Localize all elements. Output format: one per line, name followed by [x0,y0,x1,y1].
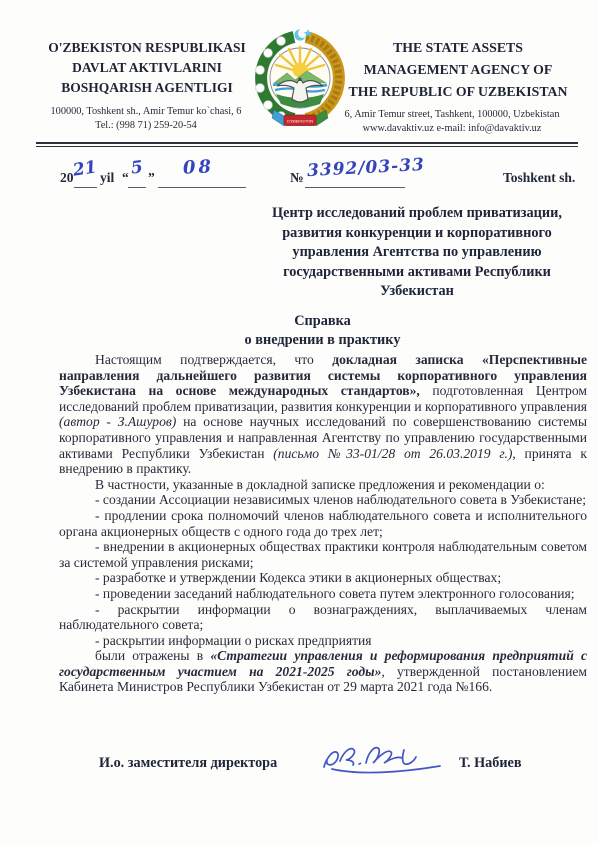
body-paragraph: - раскрытии информации о рисках предприя… [59,633,587,649]
signature-autograph [318,733,458,785]
address-uzbek: 100000, Toshkent sh., Amir Temur ko`chas… [30,105,262,133]
text-run: - разработке и утверждении Кодекса этики… [95,570,501,585]
text-run: - создании Ассоциации независимых членов… [95,492,586,507]
number-label: № [290,170,304,186]
letterhead-line: O'ZBEKISTON RESPUBLIKASI [38,38,256,58]
text-run: Настоящим подтверждается, что [95,352,332,367]
handwritten-month: 08 [182,156,214,179]
reference-line: 20 21 yil “ 5 ” 08 № 3392/03-33 Toshkent… [0,158,598,198]
year-blank-line [74,187,97,188]
number-blank-line [305,187,405,188]
body-paragraph: В частности, указанные в докладной запис… [59,477,587,493]
recipient-block: Центр исследований проблем приватизации,… [248,204,586,302]
address-line: 6, Amir Temur street, Tashkent, 100000, … [318,108,586,122]
letterhead-line: THE STATE ASSETS [338,37,578,59]
emblem-banner-text: O'ZBEKISTON [287,118,314,123]
handwritten-document-number: 3392/03-33 [307,155,426,181]
title-line: о внедрении в практику [59,331,586,350]
address-line: 100000, Toshkent sh., Amir Temur ko`chas… [30,105,262,119]
body-paragraph: были отражены в «Стратегии управления и … [59,648,587,695]
text-run: (письмо №33-01/28 от 26.03.2019 г.) [273,446,512,461]
text-run: - раскрытии информации о рисках предприя… [95,633,372,648]
text-run: - внедрении в акционерных обществах прак… [59,539,587,570]
city-label: Toshkent sh. [503,170,575,186]
body-paragraph: - продлении срока полномочий членов набл… [59,508,587,539]
address-line: www.davaktiv.uz e-mail: info@davaktiv.uz [318,122,586,136]
quote-close: ” [148,170,155,186]
recipient-line: государственными активами Республики [248,263,586,283]
recipient-line: управления Агентства по управлению [248,243,586,263]
text-run: были отражены в [95,648,210,663]
text-run: В частности, указанные в докладной запис… [95,477,545,492]
signatory-name: Т. Набиев [459,755,522,772]
recipient-line: развития конкуренции и корпоративного [248,224,586,244]
signature-position-label: И.о. заместителя директора [99,755,277,772]
day-blank-line [128,187,146,188]
address-line: Tel.: (998 71) 259-20-54 [30,119,262,133]
text-run: - продлении срока полномочий членов набл… [59,508,587,539]
org-name-english: THE STATE ASSETS MANAGEMENT AGENCY OF TH… [338,37,578,103]
recipient-line: Центр исследований проблем приватизации, [248,204,586,224]
document-title: Справка о внедрении в практику [59,312,586,350]
body-paragraph: - создании Ассоциации независимых членов… [59,492,587,508]
body-paragraph: - проведении заседаний наблюдательного с… [59,586,587,602]
text-run: - раскрытии информации о вознаграждениях… [59,602,587,633]
title-line: Справка [59,312,586,331]
letterhead-divider [36,142,578,147]
quote-open: “ [122,170,129,186]
address-english: 6, Amir Temur street, Tashkent, 100000, … [318,108,586,136]
yil-label: yil [100,170,114,186]
org-name-uzbek: O'ZBEKISTON RESPUBLIKASI DAVLAT AKTIVLAR… [38,38,256,98]
handwritten-year: 21 [72,157,99,180]
letterhead-line: DAVLAT AKTIVLARINI [38,58,256,78]
letterhead-line: BOSHQARISH AGENTLIGI [38,78,256,98]
handwritten-day: 5 [130,157,144,178]
letterhead-line: MANAGEMENT AGENCY OF [338,59,578,81]
month-blank-line [158,187,246,188]
document-body: Настоящим подтверждается, что докладная … [59,352,587,695]
text-run: (автор - З.Ашуров) [59,414,176,429]
recipient-line: Узбекистан [248,282,586,302]
year-prefix-label: 20 [60,170,74,186]
text-run: - проведении заседаний наблюдательного с… [95,586,575,601]
body-paragraph: - разработке и утверждении Кодекса этики… [59,570,587,586]
body-paragraph: Настоящим подтверждается, что докладная … [59,352,587,477]
letterhead-line: THE REPUBLIC OF UZBEKISTAN [338,81,578,103]
body-paragraph: - внедрении в акционерных обществах прак… [59,539,587,570]
body-paragraph: - раскрытии информации о вознаграждениях… [59,602,587,633]
document-page: O'ZBEKISTON RESPUBLIKASI DAVLAT AKTIVLAR… [0,0,598,845]
